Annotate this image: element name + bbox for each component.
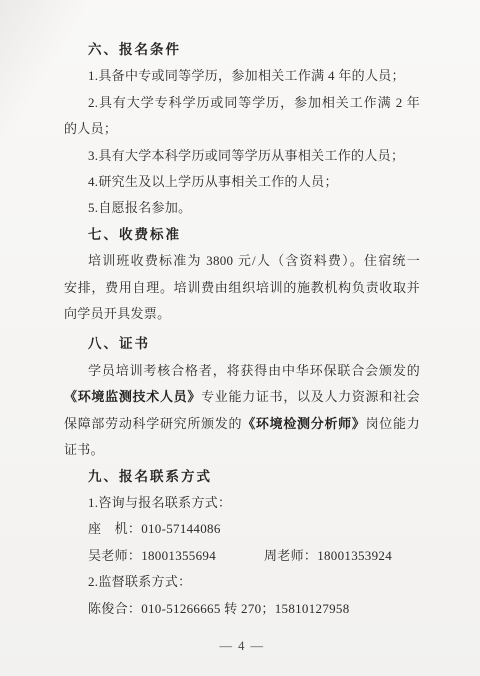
certificate-paragraph-line-2: 《环境监测技术人员》专业能力证书，以及人力资源和社会	[64, 384, 420, 410]
condition-item-2-line-1: 2.具有大学专科学历或同等学历，参加相关工作满 2 年	[64, 90, 420, 116]
section-certificate: 八、证书 学员培训考核合格者，将获得由中华环保联合会颁发的 《环境监测技术人员》…	[64, 331, 420, 463]
section-7-heading: 七、收费标准	[64, 222, 420, 248]
page-number: — 4 —	[64, 636, 420, 656]
section-6-heading: 六、报名条件	[64, 37, 420, 63]
condition-item-5: 5.自愿报名参加。	[64, 195, 420, 221]
condition-item-2-line-2: 的人员；	[64, 116, 420, 142]
fee-paragraph-line-3: 向学员开具发票。	[64, 301, 420, 327]
contact-supervision-label: 2.监督联系方式：	[64, 569, 420, 595]
condition-item-4: 4.研究生及以上学历从事相关工作的人员；	[64, 169, 420, 195]
condition-item-3: 3.具有大学本科学历或同等学历从事相关工作的人员；	[64, 143, 420, 169]
certificate-paragraph-line-3-text-1: 保障部劳动科学研究所颁发的	[64, 416, 242, 431]
certificate-paragraph-line-3-text-2: 岗位能力	[366, 416, 420, 431]
section-registration-conditions: 六、报名条件 1.具备中专或同等学历，参加相关工作满 4 年的人员； 2.具有大…	[64, 37, 420, 222]
contact-teacher-zhou: 周老师：18001353924	[240, 543, 392, 569]
certificate-title-monitoring-technician: 《环境监测技术人员》	[64, 389, 201, 404]
section-fee-standard: 七、收费标准 培训班收费标准为 3800 元/人（含资料费）。住宿统一 安排，费…	[64, 222, 420, 328]
scanned-document-page: 六、报名条件 1.具备中专或同等学历，参加相关工作满 4 年的人员； 2.具有大…	[0, 0, 480, 676]
contact-landline: 座 机：010-57144086	[64, 516, 420, 542]
fee-paragraph-line-2: 安排，费用自理。培训费由组织培训的施教机构负责收取并	[64, 275, 420, 301]
section-contact: 九、报名联系方式 1.咨询与报名联系方式： 座 机：010-57144086 吴…	[64, 464, 420, 622]
contact-supervisor: 陈俊合：010-51266665 转 270；15810127958	[64, 596, 420, 622]
section-9-heading: 九、报名联系方式	[64, 464, 420, 490]
contact-teacher-wu: 吴老师：18001355694	[88, 548, 216, 563]
section-8-heading: 八、证书	[64, 331, 420, 357]
certificate-title-testing-analyst: 《环境检测分析师》	[242, 416, 365, 431]
contact-inquiry-label: 1.咨询与报名联系方式：	[64, 490, 420, 516]
condition-item-1: 1.具备中专或同等学历，参加相关工作满 4 年的人员；	[64, 63, 420, 89]
certificate-paragraph-line-4: 证书。	[64, 437, 420, 463]
fee-paragraph-line-1: 培训班收费标准为 3800 元/人（含资料费）。住宿统一	[64, 248, 420, 274]
certificate-paragraph-line-3: 保障部劳动科学研究所颁发的《环境检测分析师》岗位能力	[64, 411, 420, 437]
contact-teachers: 吴老师：18001355694周老师：18001353924	[64, 543, 420, 569]
certificate-paragraph-line-2-text: 专业能力证书，以及人力资源和社会	[201, 389, 420, 404]
certificate-paragraph-line-1: 学员培训考核合格者，将获得由中华环保联合会颁发的	[64, 358, 420, 384]
